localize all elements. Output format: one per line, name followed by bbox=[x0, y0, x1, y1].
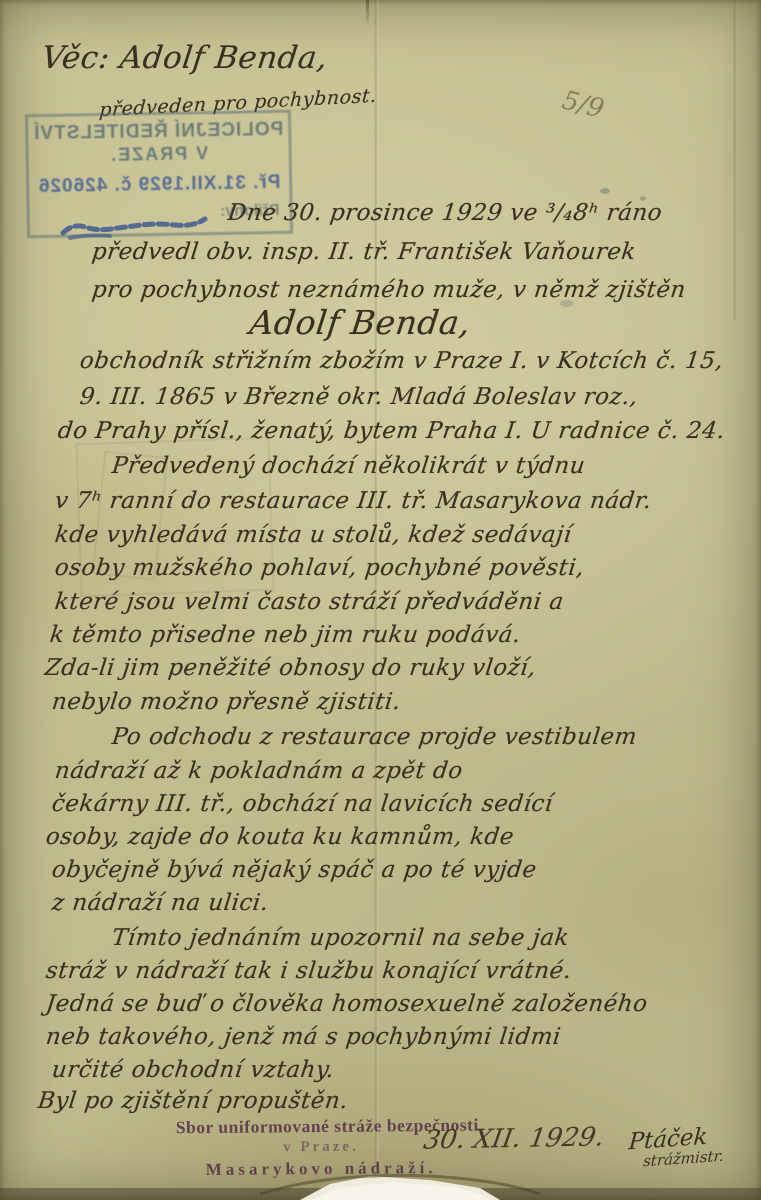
stamp-office-line: POLICEJNÍ ŘEDITELSTVÍ bbox=[28, 119, 288, 146]
handwritten-line: Zda-li jim peněžité obnosy do ruky vloží… bbox=[43, 655, 537, 681]
handwritten-line: čekárny III. tř., obchází na lavicích se… bbox=[50, 791, 554, 817]
stamp-date-number-line: Př. 31.XII.1929 č. 426026 bbox=[29, 172, 289, 199]
handwritten-line: určité obchodní vztahy. bbox=[50, 1057, 335, 1083]
pencil-note: 5/9 bbox=[559, 85, 607, 124]
handwritten-line: v 7ʰ ranní do restaurace III. tř. Masary… bbox=[53, 488, 653, 514]
stamp-city-line: V PRAZE. bbox=[28, 142, 288, 168]
handwritten-line: 9. III. 1865 v Březně okr. Mladá Bolesla… bbox=[78, 384, 639, 410]
handwritten-line: Dne 30. prosince 1929 ve ³/₄8ʰ ráno bbox=[226, 200, 663, 226]
handwritten-line: Byl po zjištění propuštěn. bbox=[36, 1088, 349, 1114]
paper-tear-bottom bbox=[0, 1154, 761, 1200]
paper-tear-top bbox=[366, 0, 369, 26]
handwritten-line: nebylo možno přesně zjistiti. bbox=[50, 689, 402, 715]
edge-crease bbox=[733, 0, 736, 320]
handwritten-line: nádraží až k pokladnám a zpět do bbox=[53, 758, 464, 784]
subject-line: Věc: Adolf Benda, bbox=[40, 40, 330, 76]
ink-speck bbox=[560, 300, 574, 307]
handwritten-line: kde vyhledává místa u stolů, kdež sedáva… bbox=[53, 522, 573, 548]
handwritten-line: osoby, zajde do kouta ku kamnům, kde bbox=[44, 824, 515, 850]
handwritten-line: pro pochybnost neznámého muže, v němž zj… bbox=[90, 277, 687, 303]
handwritten-line: Tímto jednáním upozornil na sebe jak bbox=[110, 925, 570, 951]
handwritten-line: Po odchodu z restaurace projde vestibule… bbox=[110, 724, 638, 750]
handwritten-line: obchodník střižním zbožím v Praze I. v K… bbox=[78, 348, 725, 374]
handwritten-line: neb takového, jenž má s pochybnými lidmi bbox=[44, 1024, 562, 1050]
ink-speck bbox=[640, 196, 646, 201]
handwritten-line: k těmto přisedne neb jim ruku podává. bbox=[48, 622, 522, 648]
handwritten-line: osoby mužského pohlaví, pochybné pověsti… bbox=[53, 555, 585, 581]
handwritten-line: obyčejně bývá nějaký spáč a po té vyjde bbox=[50, 857, 538, 883]
detainee-name-line: Adolf Benda, bbox=[248, 303, 473, 342]
handwritten-line: Předvedený dochází několikrát v týdnu bbox=[110, 453, 586, 479]
handwritten-line: Jedná se buď o člověka homosexuelně zalo… bbox=[44, 991, 649, 1017]
handwritten-line: do Prahy přísl., ženatý, bytem Praha I. … bbox=[56, 418, 726, 444]
handwritten-line: které jsou velmi často stráží předváděni… bbox=[53, 589, 565, 615]
handwritten-line: z nádraží na ulici. bbox=[50, 890, 270, 916]
handwritten-line: stráž v nádraží tak i službu konající vr… bbox=[44, 958, 573, 984]
handwritten-date: 30. XII. 1929. bbox=[421, 1122, 606, 1155]
ink-speck bbox=[600, 188, 610, 194]
scanned-police-report: Věc: Adolf Benda, předveden pro pochybno… bbox=[0, 0, 761, 1200]
unit-stamp-line: Sbor uniformované stráže bezpečnosti bbox=[176, 1115, 466, 1139]
handwritten-line: předvedl obv. insp. II. tř. František Va… bbox=[90, 239, 637, 265]
